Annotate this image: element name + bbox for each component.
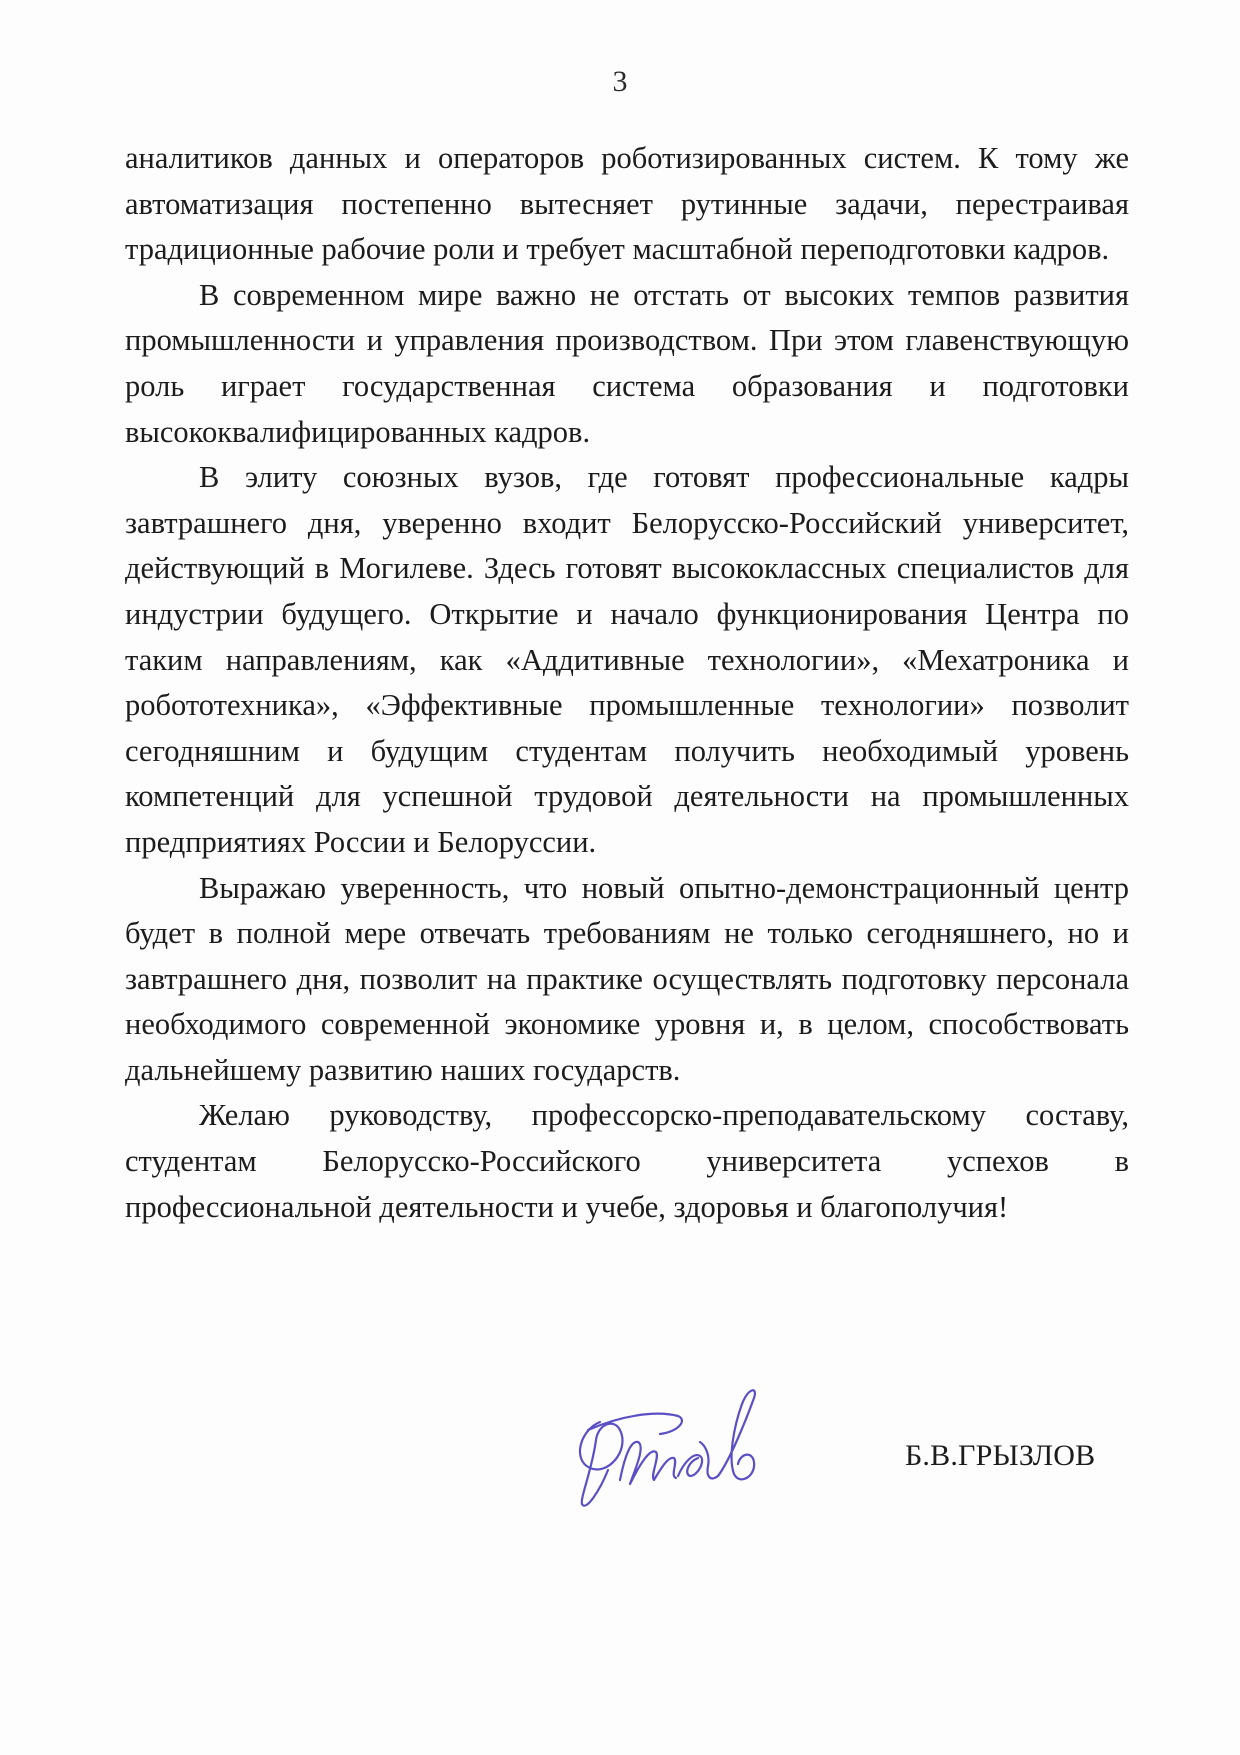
paragraph-1: аналитиков данных и операторов роботизир… [125, 136, 1129, 273]
paragraph-4: Выражаю уверенность, что новый опытно-де… [125, 866, 1129, 1094]
paragraph-3: В элиту союзных вузов, где готовят профе… [125, 455, 1129, 865]
paragraph-2: В современном мире важно не отстать от в… [125, 273, 1129, 455]
page-number: 3 [0, 62, 1240, 102]
paragraph-5: Желаю руководству, профессорско-преподав… [125, 1093, 1129, 1230]
signer-name: Б.В.ГРЫЗЛОВ [905, 1438, 1095, 1474]
letter-body: аналитиков данных и операторов роботизир… [125, 136, 1129, 1230]
handwritten-signature-icon [560, 1380, 820, 1520]
signature-block: Б.В.ГРЫЗЛОВ [560, 1380, 1140, 1520]
